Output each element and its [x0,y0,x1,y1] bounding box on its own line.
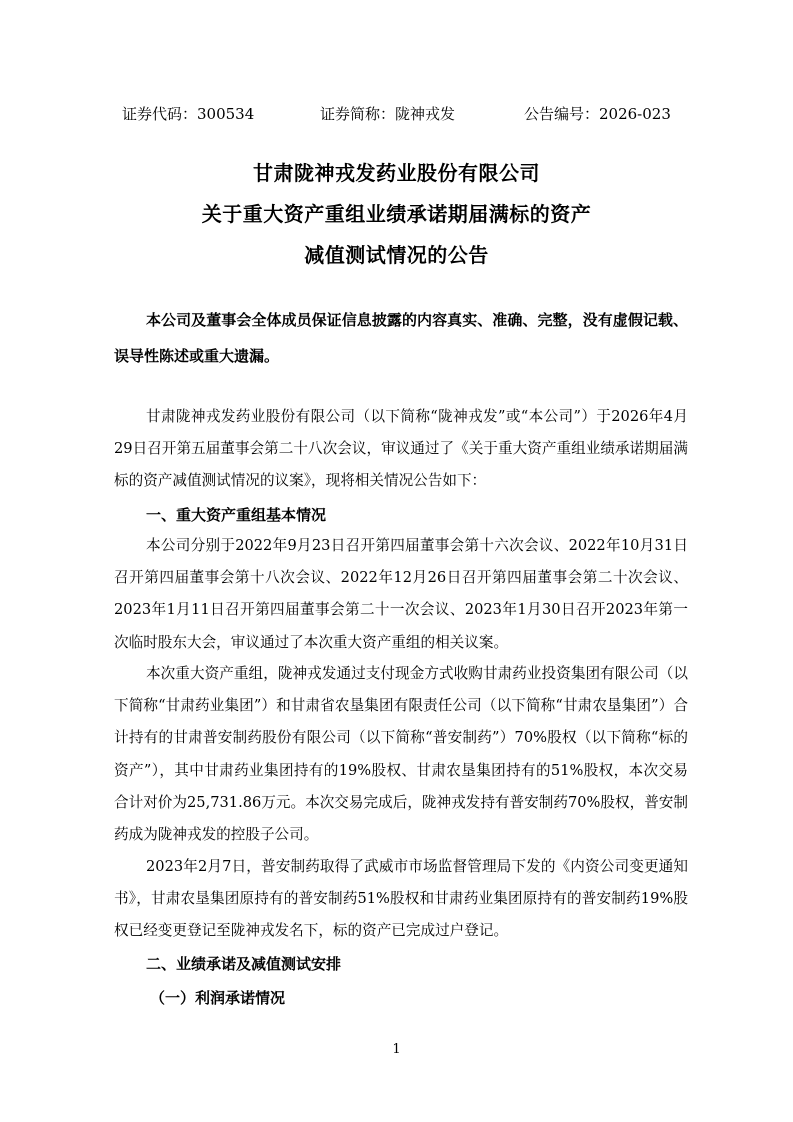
stock-code: 证券代码：300534 [122,103,254,125]
board-declaration: 本公司及董事会全体成员保证信息披露的内容真实、准确、完整，没有虚假记载、误导性陈… [114,302,688,374]
title-subject-line1: 关于重大资产重组业绩承诺期届满标的资产 [0,201,793,227]
section1-paragraph-3: 2023年2月7日，普安制药取得了武威市市场监督管理局下发的《内资公司变更通知书… [114,851,688,948]
page-number: 1 [0,1041,793,1059]
section1-paragraph-1: 本公司分别于2022年9月23日召开第四届董事会第十六次会议、2022年10月3… [114,530,688,659]
title-subject-line2: 减值测试情况的公告 [0,242,793,268]
section-heading-1: 一、重大资产重组基本情况 [146,503,326,527]
title-company: 甘肃陇神戎发药业股份有限公司 [0,160,793,186]
announcement-number: 公告编号：2026-023 [524,103,671,125]
announcement-header: 证券代码：300534 证券简称：陇神戎发 公告编号：2026-023 [122,103,692,125]
section-heading-2: 二、业绩承诺及减值测试安排 [146,952,341,976]
intro-paragraph: 甘肃陇神戎发药业股份有限公司（以下简称“陇神戎发”或“本公司”）于2026年4月… [114,401,688,498]
section1-paragraph-2: 本次重大资产重组，陇神戎发通过支付现金方式收购甘肃药业投资集团有限公司（以下简称… [114,658,688,851]
subsection-heading-1: （一）利润承诺情况 [150,986,285,1010]
stock-abbreviation: 证券简称：陇神戎发 [320,103,455,125]
